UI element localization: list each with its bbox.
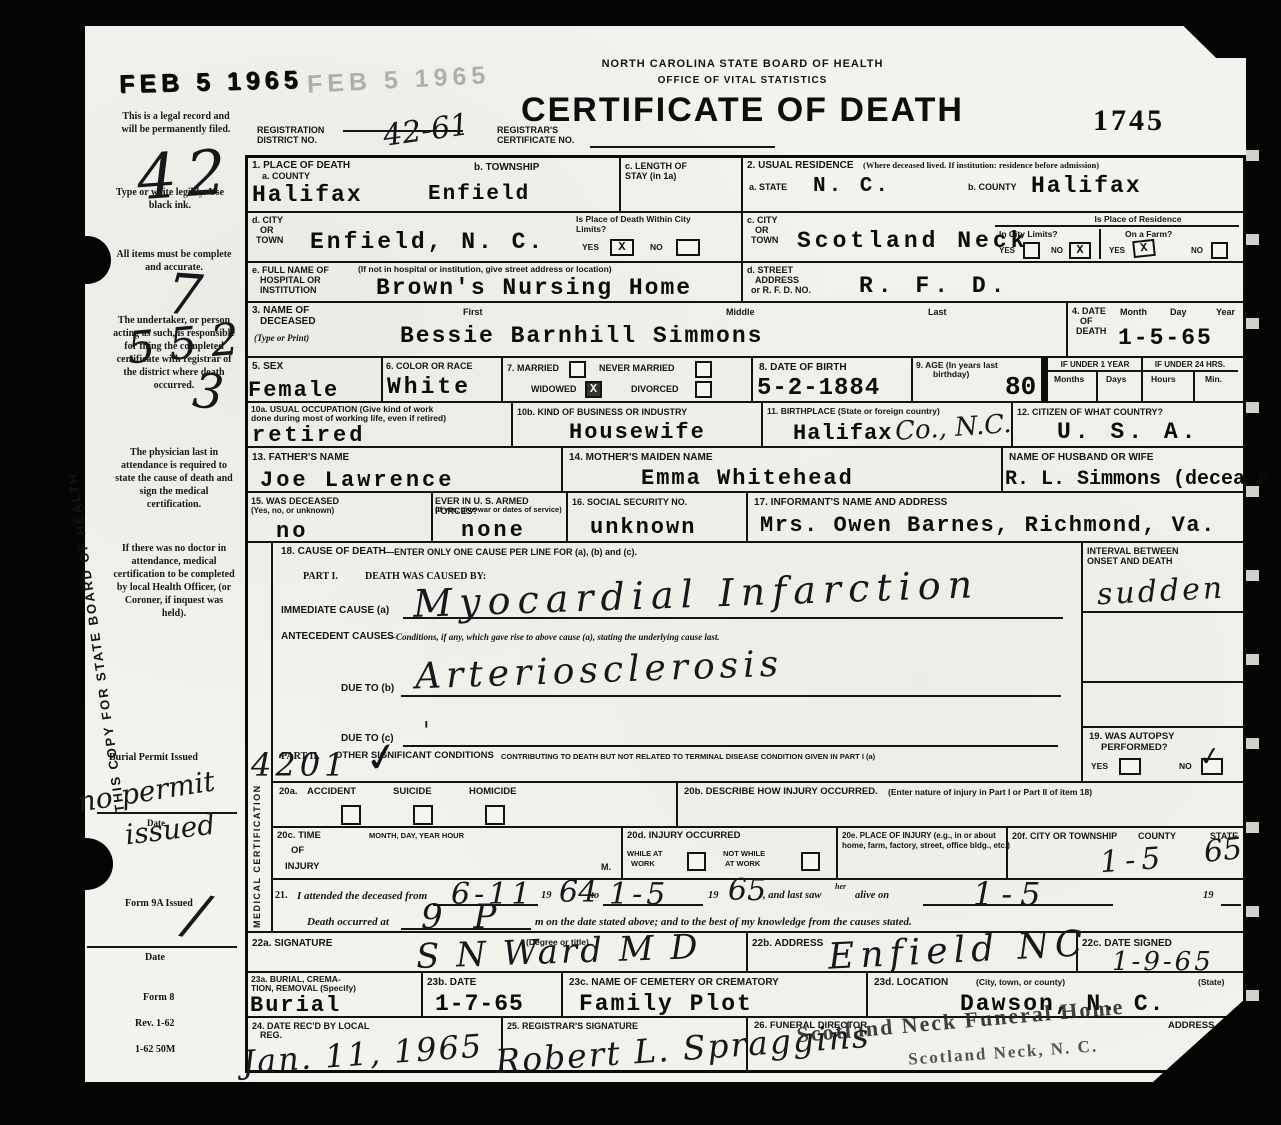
print-code: 1-62 50M (135, 1044, 175, 1056)
industry-label: 10b. KIND OF BUSINESS OR INDUSTRY (517, 407, 687, 417)
time-of-injury-m: M. (601, 862, 611, 872)
autopsy-no-label: NO (1179, 762, 1192, 772)
year-prefix-2: 19 (708, 890, 719, 901)
physician-address-value: Enfield NC (827, 926, 1089, 976)
part2-text: OTHER SIGNIFICANT CONDITIONS (335, 751, 494, 762)
cause-of-death-label: 18. CAUSE OF DEATH (281, 546, 386, 558)
signature-label: 22a. SIGNATURE (252, 938, 332, 950)
city-of-death-value: Enfield, N. C. (310, 231, 545, 254)
not-while-at-work-checkbox (801, 852, 820, 871)
farm-question: On a Farm? (1125, 230, 1172, 240)
field-place-of-death: 1. PLACE OF DEATH a. COUNTY Halifax b. T… (248, 158, 621, 213)
time-of-injury-label1: 20c. TIME (277, 831, 321, 842)
registration-district-label1: REGISTRATION (257, 125, 324, 135)
divorced-checkbox (695, 381, 712, 398)
mothers-name-value: Emma Whitehead (641, 468, 854, 490)
registrar-cert-label2: CERTIFICATE NO. (497, 135, 574, 145)
days-label: Days (1106, 375, 1126, 385)
race-value: White (387, 376, 471, 399)
cemetery-label: 23c. NAME OF CEMETERY OR CREMATORY (569, 977, 779, 989)
institution-note: (If not in hospital or institution, give… (358, 265, 612, 275)
autopsy-no-checkmark: ✓ (1197, 741, 1223, 774)
street-label3: or R. F. D. NO. (751, 285, 811, 295)
residence-city-label1: c. CITY (747, 215, 778, 225)
field-date-of-birth: 8. DATE OF BIRTH 5-2-1884 (753, 358, 913, 403)
field-residence-city: c. CITY OR TOWN Scotland Neck Is Place o… (743, 213, 1243, 263)
homicide-label: HOMICIDE (469, 787, 517, 798)
date-signed-value: 1-9-65 (1112, 949, 1214, 975)
field-street-address: d. STREET ADDRESS or R. F. D. NO. R. F. … (743, 263, 1243, 303)
interval-label2: ONSET AND DEATH (1087, 556, 1173, 566)
death-occurred-text: Death occurred at (307, 916, 389, 928)
divider-line (1099, 229, 1101, 259)
not-while-at-work-label2: AT WORK (725, 860, 760, 869)
field-citizen: 12. CITIZEN OF WHAT COUNTRY? U. S. A. (1013, 403, 1243, 448)
registration-district-label2: DISTRICT NO. (257, 135, 324, 145)
county-value: Halifax (252, 184, 363, 207)
interval-empty-cell-c (1083, 683, 1243, 728)
name-label3: (Type or Print) (254, 333, 309, 343)
form9a-handwritten-slash: / (181, 887, 211, 946)
spouse-value: R. L. Simmons (decease (1005, 470, 1269, 490)
attended-to-text: to (591, 890, 599, 901)
never-married-label: NEVER MARRIED (599, 363, 675, 373)
burial-date-label: 23b. DATE (427, 977, 476, 989)
field-institution: e. FULL NAME OF HOSPITAL OR INSTITUTION … (248, 263, 743, 303)
burial-permit-handwriting2: issued (124, 811, 217, 850)
accident-checkbox (341, 805, 361, 825)
age-value: 80 (1005, 374, 1036, 400)
year-prefix-1: 19 (541, 890, 552, 901)
divider-line (995, 225, 1239, 227)
burial-date-value: 1-7-65 (435, 993, 524, 1016)
medical-certification-sidetext: MEDICAL CERTIFICATION (252, 553, 262, 928)
burial-permit-date-label: Date (147, 818, 165, 828)
while-at-work-label1: WHILE AT (627, 850, 662, 859)
address-label: 22b. ADDRESS (752, 938, 823, 950)
month-label: Month (1120, 307, 1147, 317)
field-mothers-maiden-name: 14. MOTHER'S MAIDEN NAME Emma Whitehead (563, 448, 1003, 493)
date-of-birth-label: 8. DATE OF BIRTH (759, 362, 847, 374)
injury-county-label: COUNTY (1138, 831, 1176, 841)
last-saw-text: , and last saw (763, 890, 821, 901)
margin-handwritten-3: 3 (191, 367, 226, 418)
city-label2: OR (260, 225, 274, 235)
usual-residence-label: 2. USUAL RESIDENCE (747, 160, 854, 172)
institution-label3: INSTITUTION (260, 285, 317, 295)
armed-forces-label1: 15. WAS DECEASED (251, 496, 339, 506)
scan-edge-fragments (1246, 150, 1259, 1030)
margin-note-no-doctor: If there was no doctor in attendance, me… (113, 542, 235, 620)
certificate-number: 1745 (1093, 106, 1165, 136)
time-of-injury-sub: MONTH, DAY, YEAR HOUR (369, 832, 464, 841)
due-to-c-mark: ' (423, 719, 430, 743)
field-marital-status: 7. MARRIED NEVER MARRIED WIDOWED X DIVOR… (503, 358, 753, 403)
field-interval-onset-death: INTERVAL BETWEEN ONSET AND DEATH sudden (1083, 543, 1243, 613)
informant-label: 17. INFORMANT'S NAME AND ADDRESS (754, 497, 947, 509)
field-cause-of-death: 18. CAUSE OF DEATH —ENTER ONLY ONE CAUSE… (273, 543, 1083, 783)
county-label: a. COUNTY (262, 171, 310, 181)
field-attendance-statement: 21. I attended the deceased from 6-11 19… (273, 880, 1243, 933)
board-title: NORTH CAROLINA STATE BOARD OF HEALTH (245, 58, 1240, 71)
field-burial-date: 23b. DATE 1-7-65 (423, 973, 563, 1018)
field-sex: 5. SEX Female (248, 358, 383, 403)
field-length-of-stay: c. LENGTH OF STAY (in 1a) (621, 158, 743, 213)
residence-county-label: b. COUNTY (968, 182, 1017, 192)
blank-line (603, 904, 703, 906)
length-of-stay-label2: STAY (in 1a) (625, 171, 676, 181)
homicide-checkbox (485, 805, 505, 825)
birthplace-typed-value: Halifax (793, 423, 892, 445)
citizen-label: 12. CITIZEN OF WHAT COUNTRY? (1017, 407, 1163, 417)
office-title: OFFICE OF VITAL STATISTICS (245, 75, 1240, 87)
occupation-value: retired (252, 425, 365, 447)
place-of-injury-label1: 20e. PLACE OF INJURY (e.g., in or about (842, 831, 996, 840)
divider-line (1096, 371, 1098, 401)
under-1-year-header: IF UNDER 1 YEAR (1048, 360, 1142, 369)
field-age: 9. AGE (In years last birthday) 80 (913, 358, 1043, 403)
street-label1: d. STREET (747, 265, 793, 275)
divider-line (1143, 370, 1238, 372)
institution-label1: e. FULL NAME OF (252, 265, 329, 275)
date-of-death-label3: DEATH (1076, 326, 1106, 336)
armed-forces-note2: (If yes, give war or dates of service) (435, 506, 562, 515)
location-label: 23d. LOCATION (874, 977, 948, 989)
last-name-label: Last (928, 307, 947, 317)
funeral-home-stamp-line2: Scotland Neck, N. C. (908, 1037, 1099, 1067)
antecedent-causes-note: —Conditions, if any, which gave rise to … (387, 632, 720, 642)
age-label2: birthday) (933, 370, 969, 380)
farm-yes-mark: X (1140, 241, 1149, 256)
months-label: Months (1054, 375, 1084, 385)
field-name-of-deceased: 3. NAME OF DECEASED (Type or Print) Firs… (248, 303, 1068, 358)
describe-injury-note: (Enter nature of injury in Part I or Par… (888, 788, 1092, 798)
revision-number: Rev. 1-62 (135, 1018, 174, 1030)
under-24-hrs-header: IF UNDER 24 HRS. (1143, 360, 1237, 369)
farm-no-label: NO (1191, 246, 1203, 255)
not-while-at-work-label1: NOT WHILE (723, 850, 765, 859)
immediate-cause-label: IMMEDIATE CAUSE (a) (281, 605, 389, 617)
interval-empty-cell-b (1083, 613, 1243, 683)
year-prefix-3: 19 (1203, 890, 1214, 901)
field-armed-forces: 15. WAS DECEASED (Yes, no, or unknown) n… (248, 493, 433, 543)
citizen-value: U. S. A. (1057, 421, 1199, 444)
sex-label: 5. SEX (252, 361, 283, 373)
day-label: Day (1170, 307, 1187, 317)
field-physician-signature: 22a. SIGNATURE (Degree or title) S N War… (248, 933, 748, 973)
cemetery-value: Family Plot (579, 993, 753, 1016)
city-label1: d. CITY (252, 215, 283, 225)
farm-yes-checkbox: X (1132, 239, 1156, 258)
middle-name-label: Middle (726, 307, 755, 317)
medical-certification-strip: MEDICAL CERTIFICATION (248, 543, 273, 933)
residence-question: Is Place of Residence (1043, 215, 1233, 225)
field-burial-type: 23a. BURIAL, CREMA- TION, REMOVAL (Speci… (248, 973, 423, 1018)
form-number: Form 8 (143, 992, 174, 1004)
antecedent-causes-label: ANTECEDENT CAUSES (281, 631, 394, 643)
autopsy-yes-checkbox (1119, 758, 1141, 775)
blank-line (87, 946, 237, 948)
field-funeral-director: 26. FUNERAL DIRECTOR ADDRESS Scotland Ne… (748, 1018, 1243, 1070)
residence-state-value: N. C. (813, 176, 891, 197)
field-color-or-race: 6. COLOR OR RACE White (383, 358, 503, 403)
blank-line (97, 812, 237, 814)
field-cemetery-name: 23c. NAME OF CEMETERY OR CREMATORY Famil… (563, 973, 868, 1018)
location-note1: (City, town, or county) (976, 978, 1065, 988)
date-of-death-label1: 4. DATE (1072, 306, 1106, 316)
scan-corner-top-right (1175, 26, 1246, 58)
widowed-checkbox: X (585, 381, 602, 398)
burial-permit-label: Burial Permit Issued (109, 752, 198, 764)
field-physician-address: 22b. ADDRESS Enfield NC (748, 933, 1078, 973)
field-city-of-death: d. CITY OR TOWN Enfield, N. C. Is Place … (248, 213, 743, 263)
city-limits-question2: Limits? (576, 225, 606, 235)
registration-district: REGISTRATION DISTRICT NO. (257, 125, 324, 146)
race-label: 6. COLOR OR RACE (386, 361, 473, 371)
place-of-injury-label2: home, farm, factory, street, office bldg… (842, 841, 1010, 850)
residence-limits-question: In City Limits? (999, 230, 1058, 240)
physician-signature-value: S N Ward M D (415, 930, 701, 974)
married-label: 7. MARRIED (507, 363, 559, 373)
min-label: Min. (1205, 375, 1222, 385)
part1-label: PART I. (303, 571, 338, 583)
city-limits-no-checkbox (676, 239, 700, 256)
field-accident-suicide-homicide: 20a. ACCIDENT SUICIDE HOMICIDE (273, 783, 678, 828)
field-date-received: 24. DATE REC'D BY LOCAL REG. Jan. 11, 19… (248, 1018, 503, 1070)
township-value: Enfield (428, 184, 530, 205)
place-of-death-label: 1. PLACE OF DEATH (252, 160, 350, 172)
blank-line (923, 904, 1113, 906)
form9a-label: Form 9A Issued (125, 898, 193, 910)
city-limits-no-label: NO (650, 243, 663, 253)
city-limits-yes-label: YES (582, 243, 599, 253)
armed-forces-note1: (Yes, no, or unknown) (251, 506, 334, 515)
length-of-stay-label1: c. LENGTH OF (625, 161, 687, 171)
time-of-injury-label3: INJURY (285, 862, 320, 873)
first-name-label: First (463, 307, 483, 317)
blank-line (403, 745, 1058, 747)
field-autopsy: 19. WAS AUTOPSY PERFORMED? YES NO ✓ (1083, 728, 1243, 783)
fathers-name-label: 13. FATHER'S NAME (252, 452, 349, 464)
deceased-name-value: Bessie Barnhill Simmons (400, 325, 763, 348)
informant-value: Mrs. Owen Barnes, Richmond, Va. (760, 515, 1216, 537)
residence-limits-yes-label: YES (999, 246, 1015, 255)
street-value: R. F. D. (859, 275, 1009, 298)
residence-city-label3: TOWN (751, 235, 778, 245)
field-injury-city: 20f. CITY OR TOWNSHIP COUNTY STATE 1-5 6… (1008, 828, 1243, 880)
time-of-injury-label2: OF (291, 846, 304, 857)
residence-county-value: Halifax (1031, 175, 1142, 198)
location-note2: (State) (1198, 978, 1224, 988)
divorced-label: DIVORCED (631, 384, 679, 394)
autopsy-label2: PERFORMED? (1101, 743, 1168, 754)
injury-handwritten-1-5: 1-5 (1099, 844, 1167, 879)
institution-value: Brown's Nursing Home (376, 277, 692, 300)
part2-handwritten-code: 4201 (251, 749, 348, 781)
alive-on-text: alive on (855, 890, 889, 901)
field-if-under-24-hrs: IF UNDER 24 HRS. Hours Min. (1143, 358, 1243, 403)
her-superscript: her (835, 882, 846, 891)
registrar-certificate-no: REGISTRAR'S CERTIFICATE NO. (497, 125, 574, 146)
armed-forces-service-value: none (461, 520, 526, 542)
punch-hole-top (63, 236, 111, 284)
while-at-work-label2: WORK (631, 860, 655, 869)
city-label3: TOWN (256, 235, 283, 245)
field-armed-forces-service: EVER IN U. S. ARMED FORCES? (If yes, giv… (433, 493, 568, 543)
cause-of-death-sub: —ENTER ONLY ONE CAUSE PER LINE FOR (a), … (385, 547, 637, 557)
immediate-cause-value: Myocardial Infarction (413, 565, 980, 623)
city-limits-yes-mark: X (618, 240, 625, 254)
institution-label2: HOSPITAL OR (260, 275, 321, 285)
date-received-label2: REG. (260, 1030, 282, 1040)
fathers-name-value: Joe Lawrence (260, 470, 454, 492)
farm-yes-label: YES (1109, 246, 1125, 255)
residence-city-value: Scotland Neck (797, 230, 1028, 253)
ssn-label: 16. SOCIAL SECURITY NO. (572, 497, 687, 507)
accident-label: ACCIDENT (307, 787, 356, 798)
ssn-value: unknown (590, 517, 696, 539)
death-occurred-text2: m on the date stated above; and to the b… (535, 916, 912, 928)
residence-city-label2: OR (755, 225, 769, 235)
field-date-signed: 22c. DATE SIGNED 1-9-65 (1078, 933, 1243, 973)
field-time-of-injury: 20c. TIME MONTH, DAY, YEAR HOUR OF INJUR… (273, 828, 623, 880)
date-of-birth-value: 5-2-1884 (757, 377, 880, 401)
injury-occurred-label: 20d. INJURY OCCURRED (627, 831, 741, 842)
field-informant: 17. INFORMANT'S NAME AND ADDRESS Mrs. Ow… (748, 493, 1243, 543)
part2-continuation: CONTRIBUTING TO DEATH BUT NOT RELATED TO… (501, 753, 875, 762)
birthplace-handwritten-value: Co., N.C. (894, 411, 1012, 445)
blank-line (401, 695, 1061, 697)
field-usual-occupation: 10a. USUAL OCCUPATION (Give kind of work… (248, 403, 513, 448)
burial-type-value: Burial (250, 995, 341, 1017)
divider-line (1193, 371, 1195, 401)
blank-line (590, 146, 775, 148)
sex-value: Female (248, 380, 339, 402)
field-place-of-injury: 20e. PLACE OF INJURY (e.g., in or about … (838, 828, 1008, 880)
field-if-under-1-year: IF UNDER 1 YEAR Months Days (1043, 358, 1143, 403)
usual-residence-note: (Where deceased lived. If institution: r… (863, 161, 1099, 171)
field-describe-injury: 20b. DESCRIBE HOW INJURY OCCURRED. (Ente… (678, 783, 1243, 828)
margin-note-legal: This is a legal record and will be perma… (115, 110, 237, 136)
interval-value: sudden (1096, 574, 1226, 611)
field-social-security: 16. SOCIAL SECURITY NO. unknown (568, 493, 748, 543)
field-birthplace: 11. BIRTHPLACE (State or foreign country… (763, 403, 1013, 448)
township-label: b. TOWNSHIP (474, 162, 539, 174)
part2-handwritten-checkmark: ✓ (361, 732, 402, 783)
form9a-date-label: Date (145, 952, 165, 964)
field-registrar-signature: 25. REGISTRAR'S SIGNATURE Robert L. Spra… (503, 1018, 748, 1070)
year-label: Year (1216, 307, 1235, 317)
field-business-industry: 10b. KIND OF BUSINESS OR INDUSTRY Housew… (513, 403, 763, 448)
injury-city-label: 20f. CITY OR TOWNSHIP (1012, 831, 1117, 841)
interval-label1: INTERVAL BETWEEN (1087, 546, 1179, 556)
name-label1: 3. NAME OF (252, 305, 309, 317)
blank-line (401, 928, 531, 930)
street-label2: ADDRESS (755, 275, 799, 285)
due-to-b-value: Arteriosclerosis (414, 647, 783, 696)
industry-value: Housewife (569, 422, 706, 444)
certificate-form: 1. PLACE OF DEATH a. COUNTY Halifax b. T… (245, 155, 1246, 1073)
funeral-address-label: ADDRESS (1168, 1021, 1214, 1032)
widowed-mark: X (590, 382, 597, 396)
date-of-death-value: 1-5-65 (1118, 327, 1213, 350)
describe-injury-label: 20b. DESCRIBE HOW INJURY OCCURRED. (684, 787, 878, 798)
city-limits-yes-checkbox: X (610, 239, 634, 256)
suicide-label: SUICIDE (393, 787, 432, 798)
punch-hole-bottom (59, 838, 113, 890)
residence-limits-no-checkbox: X (1069, 242, 1091, 259)
date-of-death-label2: OF (1080, 316, 1093, 326)
residence-limits-yes-checkbox (1023, 242, 1040, 259)
autopsy-yes-label: YES (1091, 762, 1108, 772)
item-20a-number: 20a. (279, 787, 298, 798)
married-checkbox (569, 361, 586, 378)
hours-label: Hours (1151, 375, 1176, 385)
residence-state-label: a. STATE (749, 182, 787, 192)
margin-note-physician: The physician last in attendance is requ… (113, 446, 235, 511)
blank-line (1221, 904, 1241, 906)
blank-line (343, 130, 463, 132)
attended-text1: I attended the deceased from (297, 890, 427, 902)
while-at-work-checkbox (687, 852, 706, 871)
item-21-number: 21. (275, 890, 288, 902)
scanned-death-certificate: FEB 5 1965 FEB 5 1965 NORTH CAROLINA STA… (0, 0, 1281, 1125)
registrar-signature-label: 25. REGISTRAR'S SIGNATURE (507, 1021, 638, 1031)
mothers-name-label: 14. MOTHER'S MAIDEN NAME (569, 452, 713, 464)
widowed-label: WIDOWED (531, 384, 577, 394)
farm-no-checkbox (1211, 242, 1228, 259)
injury-handwritten-65: 65 (1203, 834, 1244, 868)
margin-handwritten-552: 552 (125, 317, 254, 372)
name-label2: DECEASED (260, 316, 316, 328)
spouse-label: NAME OF HUSBAND OR WIFE (1009, 452, 1153, 464)
residence-limits-no-label: NO (1051, 246, 1063, 255)
field-fathers-name: 13. FATHER'S NAME Joe Lawrence (248, 448, 563, 493)
field-husband-or-wife: NAME OF HUSBAND OR WIFE R. L. Simmons (d… (1003, 448, 1243, 493)
armed-forces-value: no (276, 521, 308, 543)
field-usual-residence: 2. USUAL RESIDENCE (Where deceased lived… (743, 158, 1243, 213)
residence-limits-no-mark: X (1076, 243, 1083, 257)
margin-note-legibly: Type or write legibly. Use black ink. (115, 186, 225, 212)
registrar-cert-label1: REGISTRAR'S (497, 125, 574, 135)
due-to-b-label: DUE TO (b) (341, 683, 394, 695)
attended-to-year: 65 (728, 876, 766, 906)
certificate-page: FEB 5 1965 FEB 5 1965 NORTH CAROLINA STA… (85, 26, 1246, 1082)
suicide-checkbox (413, 805, 433, 825)
never-married-checkbox (695, 361, 712, 378)
field-date-of-death: 4. DATE OF DEATH Month Day Year 1-5-65 (1068, 303, 1243, 358)
